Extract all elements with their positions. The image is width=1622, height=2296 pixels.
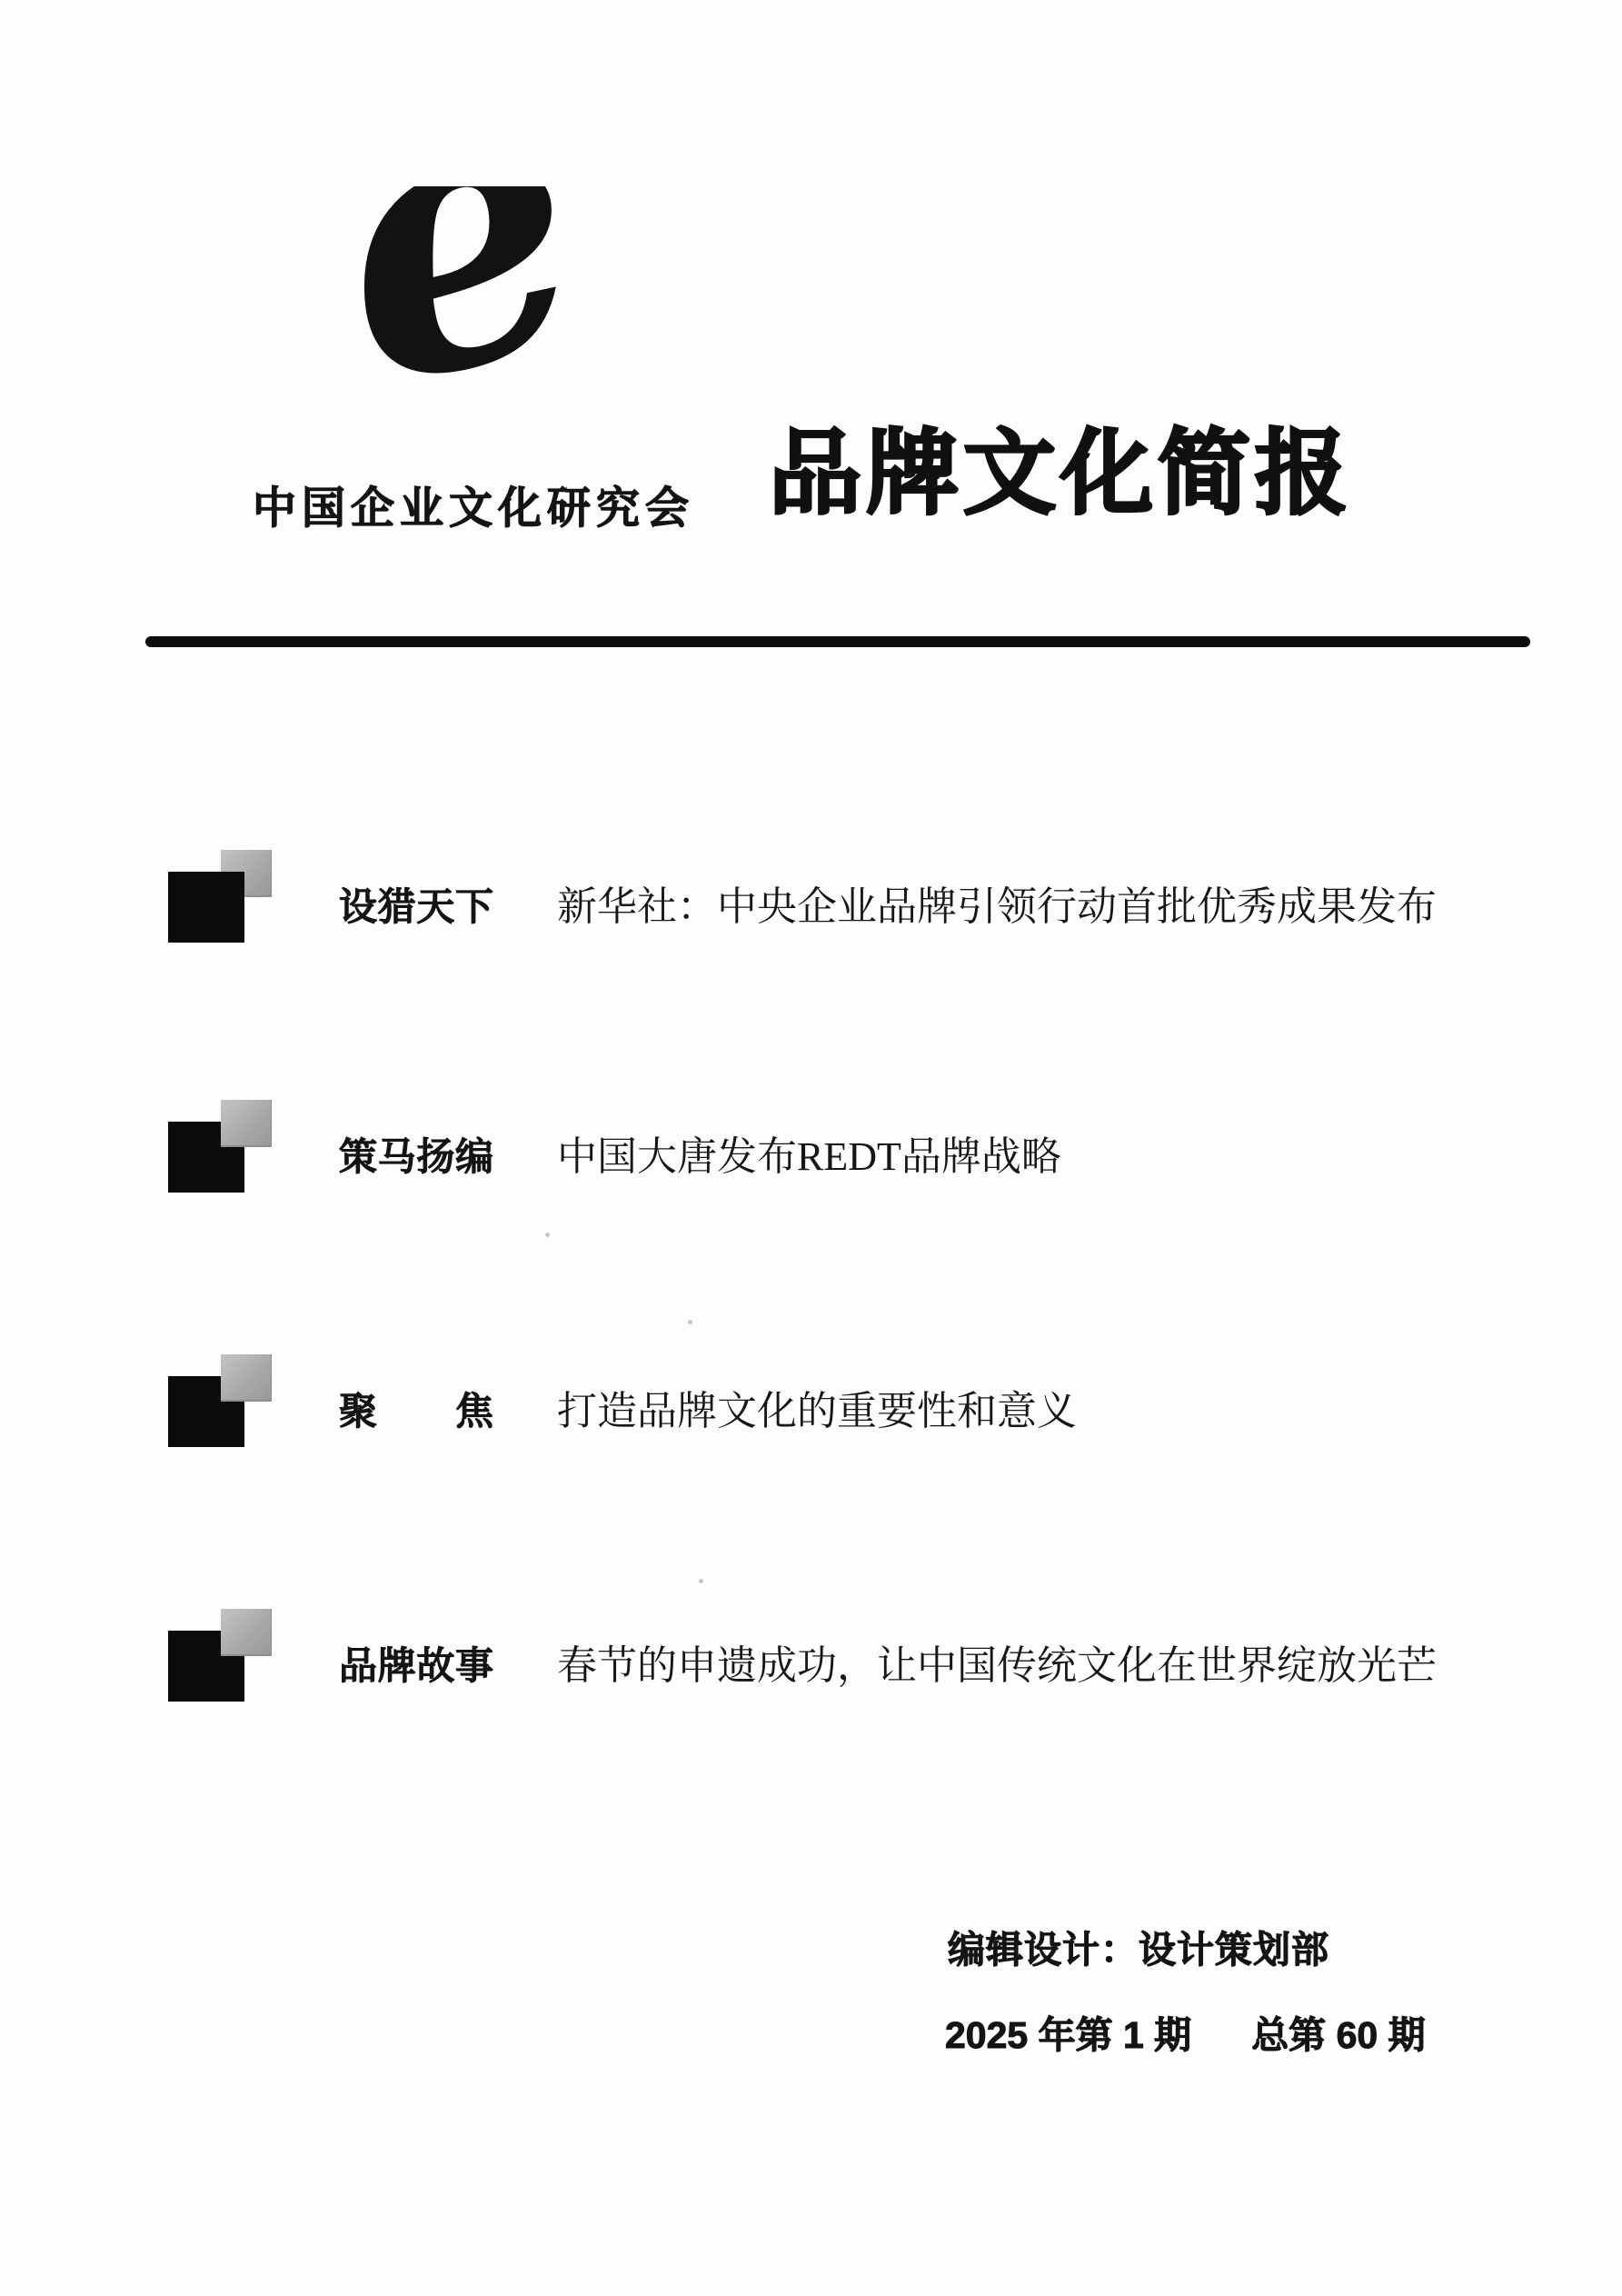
logo-e-svg: e (343, 186, 571, 386)
scan-speck (545, 1233, 550, 1237)
square-bullet-icon (168, 1354, 304, 1454)
gray-square-icon (221, 1609, 272, 1656)
brand-logo-e: e (343, 186, 571, 386)
logo-e-glyph: e (343, 186, 571, 386)
toc-row: 聚焦 打造品牌文化的重要性和意义 (0, 1354, 1622, 1477)
toc-category: 设猎天下 (339, 884, 493, 932)
newsletter-title: 品牌文化简报 (769, 424, 1352, 524)
gray-square-icon (221, 1100, 272, 1147)
square-bullet-icon (168, 1609, 304, 1709)
toc-row: 策马扬编 中国大唐发布REDT品牌战略 (0, 1100, 1622, 1223)
header-divider-rule (145, 636, 1530, 647)
toc-title: 中国大唐发布REDT品牌战略 (557, 1133, 1061, 1182)
toc-category: 策马扬编 (339, 1134, 493, 1182)
scan-speck (699, 1579, 703, 1583)
org-name: 中国企业文化研究会 (253, 473, 694, 535)
issue-line: 2025 年第 1 期 总第 60 期 (945, 2005, 1426, 2059)
editor-credit-line: 编辑设计：设计策划部 (948, 1920, 1329, 1973)
toc-category: 品牌故事 (339, 1643, 493, 1691)
square-bullet-icon (168, 850, 304, 950)
gray-square-icon (221, 1354, 272, 1402)
toc-title: 打造品牌文化的重要性和意义 (557, 1387, 1077, 1436)
black-square-icon (168, 872, 244, 943)
toc-title: 新华社：中央企业品牌引领行动首批优秀成果发布 (557, 883, 1437, 932)
toc-row: 设猎天下 新华社：中央企业品牌引领行动首批优秀成果发布 (0, 850, 1622, 973)
newsletter-cover-page: e 中国企业文化研究会 品牌文化简报 设猎天下 新华社：中央企业品牌引领行动首批… (0, 0, 1622, 2296)
total-issue-number: 总第 60 期 (1251, 2005, 1425, 2059)
toc-row: 品牌故事 春节的申遗成功，让中国传统文化在世界绽放光芒 (0, 1609, 1622, 1732)
issue-number: 2025 年第 1 期 (945, 2005, 1191, 2059)
toc-title: 春节的申遗成功，让中国传统文化在世界绽放光芒 (557, 1642, 1437, 1691)
toc-category: 聚焦 (339, 1389, 493, 1436)
square-bullet-icon (168, 1100, 304, 1200)
scan-speck (688, 1320, 692, 1324)
